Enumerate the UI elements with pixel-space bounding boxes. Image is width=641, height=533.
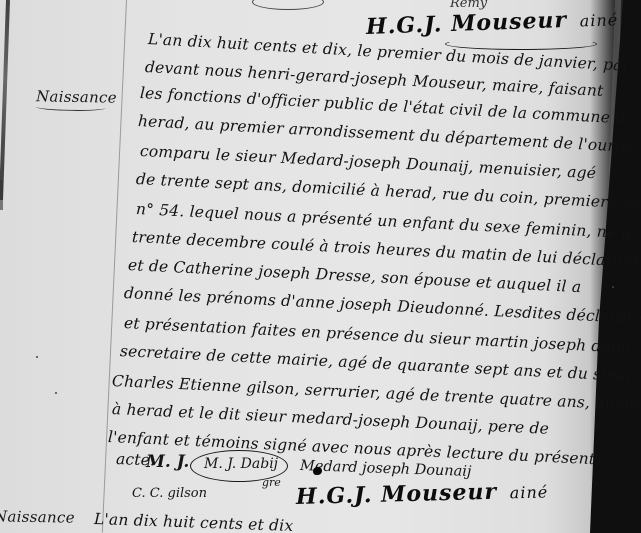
next-record-first-line: L'an dix huit cents et dix (94, 510, 294, 533)
witness-signature-initials: M. J. (146, 452, 189, 472)
witness-signature-2: C. C. gilson (132, 486, 207, 501)
previous-signature-flourish (252, 0, 324, 10)
ink-blot (313, 467, 322, 475)
witness-signature-1: M. J. Dabij (204, 456, 278, 472)
margin-note-label: Naissance (36, 87, 117, 106)
margin-note-label: Naissance (0, 507, 75, 526)
page-binding-mark (0, 180, 3, 210)
mayor-signature-bottom: H.G.J. Mouseur ainé (296, 477, 549, 510)
scanned-register-page: Remy Naissance Naissance H.G.J. Mouseur … (0, 0, 641, 533)
signature-name: Mouseur (381, 479, 498, 508)
margin-note-birth-next: Naissance (0, 507, 75, 526)
signature-initials: H.G.J. (366, 11, 443, 40)
paper-speck (612, 286, 614, 288)
signature-suffix: ainé (579, 10, 618, 30)
signature-name: Mouseur (451, 7, 568, 37)
mayor-signature-top: H.G.J. Mouseur ainé (366, 5, 619, 40)
margin-note-birth: Naissance (36, 87, 117, 111)
signature-initials: H.G.J. (296, 482, 373, 510)
paper-speck (36, 356, 38, 358)
paper-speck (55, 392, 57, 394)
signature-suffix: ainé (510, 482, 549, 502)
witness-signature-suffix: gre (262, 476, 281, 489)
page-binding-shadow (0, 0, 10, 200)
